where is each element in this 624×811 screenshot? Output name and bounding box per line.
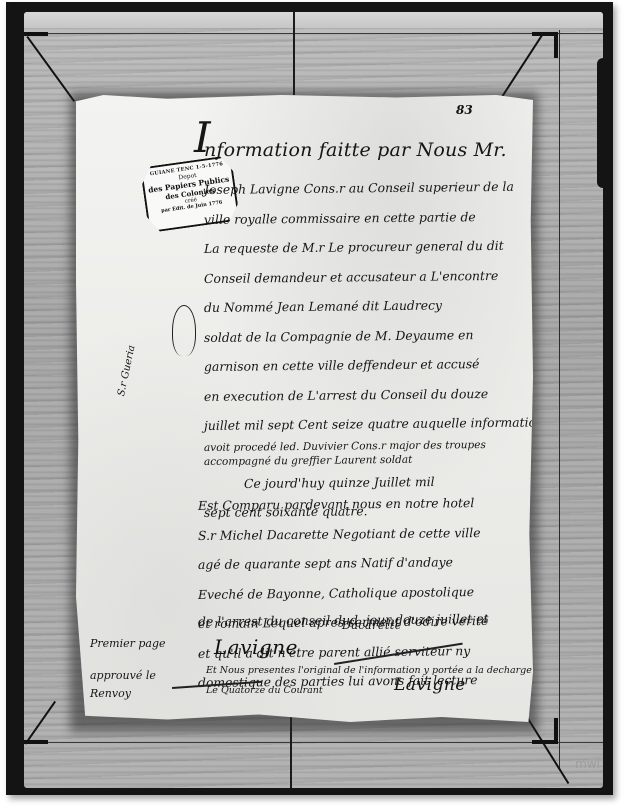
signature-dacarette: Dacarette <box>342 619 402 632</box>
wooden-board: 83 GUIANE TENC 1-5-1776 Depot des Papier… <box>24 12 603 788</box>
manuscript-page: 83 GUIANE TENC 1-5-1776 Depot des Papier… <box>76 95 533 722</box>
body-line: Est Comparu pardevant nous en notre hote… <box>198 488 528 521</box>
body-line: Joseph Lavigne Cons.r au Conseil superie… <box>204 172 524 205</box>
body-line: du Nommé Jean Lemané dit Laudrecy <box>204 290 524 323</box>
body-line: La requeste de M.r Le procureur general … <box>204 231 524 264</box>
corner-mark-bottom-right-v <box>554 718 558 744</box>
board-right-line <box>559 30 560 770</box>
body-line: S.r Michel Dacarette Negotiant de cette … <box>198 517 528 550</box>
watermark: mwl <box>575 757 600 771</box>
corner-mark-top-right-h <box>532 32 556 36</box>
body-line: agé de quarante sept ans Natif d'andaye <box>198 547 528 580</box>
closing-line: Le Quatorze du Courant <box>206 681 532 701</box>
margin-flourish <box>172 305 196 356</box>
body-text-block-1: Joseph Lavigne Cons.r au Conseil superie… <box>204 175 524 528</box>
board-top-line <box>24 33 603 34</box>
diagonal-bottom-left <box>25 701 56 744</box>
left-note: Premier page <box>90 631 166 657</box>
closing-text: Et Nous presentes l'original de l'inform… <box>206 661 532 701</box>
page-number: 83 <box>456 103 473 117</box>
body-line: Conseil demandeur et accusateur a L'enco… <box>204 260 524 293</box>
photo-frame: 83 GUIANE TENC 1-5-1776 Depot des Papier… <box>6 2 613 795</box>
body-line: en execution de L'arrest du Conseil du d… <box>204 378 524 411</box>
body-line: juillet mil sept Cent seize quatre auque… <box>204 408 524 441</box>
corner-mark-top-right-v <box>554 32 558 58</box>
signature-lavigne-2: Lavigne <box>394 675 466 695</box>
board-right-notch <box>597 58 609 188</box>
body-line: soldat de la Compagnie de M. Deyaume en <box>204 319 524 352</box>
closing-line: Et Nous presentes l'original de l'inform… <box>206 661 532 681</box>
board-bottom-line <box>24 742 603 743</box>
left-margin-notes: Premier page approuvé le Renvoy <box>90 631 166 707</box>
body-line: ville royalle commissaire en cette parti… <box>204 201 524 234</box>
board-center-line-top <box>293 12 295 95</box>
document-title: I nformation faitte par Nous Mr. <box>204 139 507 161</box>
title-text: nformation faitte par Nous Mr. <box>204 139 507 161</box>
signature-lavigne-1: Lavigne <box>214 635 298 659</box>
margin-note: S.r Gueria <box>116 344 138 397</box>
diagonal-top-right <box>500 33 544 99</box>
title-initial: I <box>194 113 211 162</box>
body-line: garnison en cette ville deffendeur et ac… <box>204 349 524 382</box>
board-top-strip <box>24 12 603 28</box>
diagonal-top-left <box>27 36 75 102</box>
